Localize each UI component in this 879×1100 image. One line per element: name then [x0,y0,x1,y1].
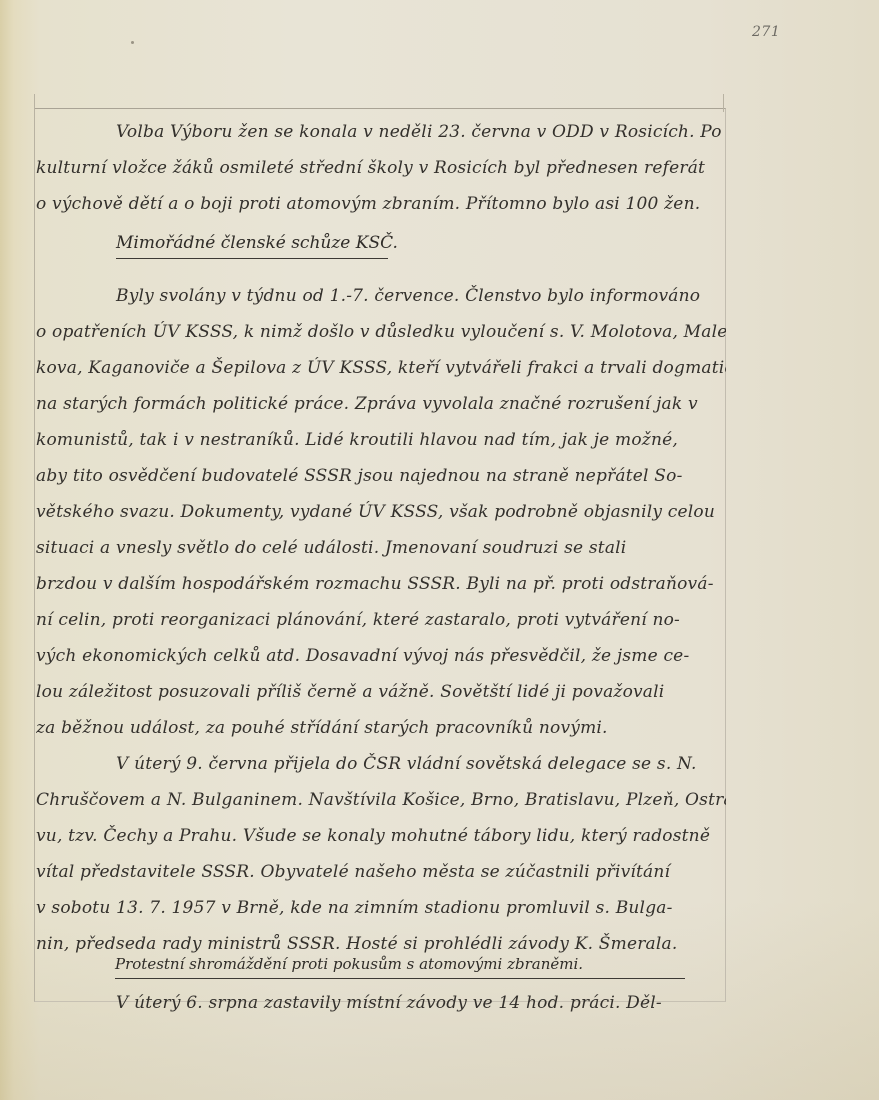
paragraph-2-line-2: o opatřeních ÚV KSSS, k nimž došlo v důs… [36,314,726,350]
paragraph-2-line-8: situaci a vnesly světlo do celé události… [36,530,726,566]
section-heading-atomic-protest: Protestní shromáždění proti pokusům s at… [115,950,685,979]
paragraph-1-line-3: o výchově dětí a o boji proti atomovým z… [36,186,726,222]
paragraph-2-line-13: za běžnou událost, za pouhé střídání sta… [36,710,726,746]
paragraph-2-line-3: kova, Kaganoviče a Šepilova z ÚV KSSS, k… [36,350,726,386]
paragraph-2-line-5: komunistů, tak i v nestraníků. Lidé krou… [36,422,726,458]
paragraph-2-line-12: lou záležitost posuzovali příliš černě a… [36,674,726,710]
paragraph-2-line-4: na starých formách politické práce. Zprá… [36,386,726,422]
ink-speck [131,41,134,44]
paragraph-2-line-9: brzdou v dalším hospodářském rozmachu SS… [36,566,726,602]
page-number: 271 [752,24,780,40]
paragraph-2-line-11: vých ekonomických celků atd. Dosavadní v… [36,638,726,674]
frame-corner-mark-right [723,94,724,112]
paragraph-3-line-5: v sobotu 13. 7. 1957 v Brně, kde na zimn… [36,890,726,926]
paragraph-2-line-10: ní celin, proti reorganizaci plánování, … [36,602,726,638]
paragraph-2-line-6: aby tito osvědčení budovatelé SSSR jsou … [36,458,726,494]
paragraph-3-line-2: Chruščovem a N. Bulganinem. Navštívila K… [36,782,726,818]
frame-corner-mark-left [34,94,35,112]
paragraph-3-line-3: vu, tzv. Čechy a Prahu. Všude se konaly … [36,818,726,854]
paragraph-4-line-1: V úterý 6. srpna zastavily místní závody… [36,985,726,1021]
paragraph-3-line-4: vítal představitele SSSR. Obyvatelé naše… [36,854,726,890]
paragraph-2-line-1: Byly svolány v týdnu od 1.-7. července. … [36,278,726,314]
paragraph-2-line-7: větského svazu. Dokumenty, vydané ÚV KSS… [36,494,726,530]
paragraph-1-line-1: Volba Výboru žen se konala v neděli 23. … [36,114,726,150]
paragraph-1-line-2: kulturní vložce žáků osmileté střední šk… [36,150,726,186]
paragraph-3-line-1: V úterý 9. června přijela do ČSR vládní … [36,746,726,782]
section-heading-ksc-meeting: Mimořádné členské schůze KSČ. [116,228,388,259]
